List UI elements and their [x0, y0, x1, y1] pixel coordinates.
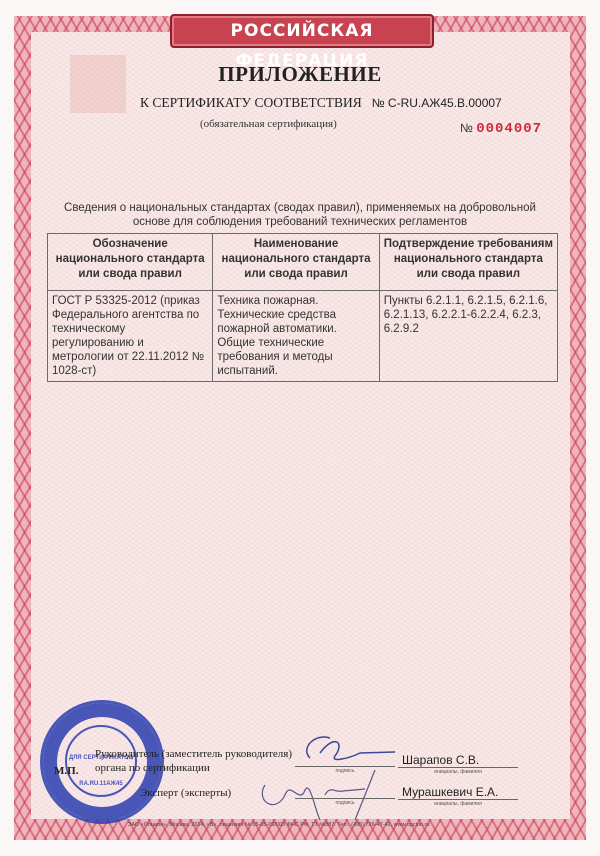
head-name-line	[398, 767, 518, 768]
certificate-number: № C-RU.АЖ45.В.00007	[372, 96, 502, 110]
cell-name: Техника пожарная. Технические средства п…	[213, 291, 379, 382]
standards-table: Обозначение национального стандарта или …	[47, 233, 558, 382]
expert-signature	[255, 765, 395, 825]
head-signature-hint: подпись	[295, 768, 395, 774]
certificate-subtitle: К СЕРТИФИКАТУ СООТВЕТСТВИЯ№ C-RU.АЖ45.В.…	[140, 95, 502, 111]
cell-designation: ГОСТ Р 53325-2012 (приказ Федерального а…	[48, 291, 213, 382]
head-name-hint: инициалы, фамилия	[398, 769, 518, 775]
subtitle-text: К СЕРТИФИКАТУ СООТВЕТСТВИЯ	[140, 95, 362, 110]
expert-name: Мурашкевич Е.А.	[402, 785, 498, 799]
header-confirmation: Подтверждение требованиям национального …	[379, 234, 557, 291]
table-header-row: Обозначение национального стандарта или …	[48, 234, 558, 291]
head-signature	[290, 728, 400, 768]
stamp-code: RA.RU.11АЖ45	[61, 781, 141, 787]
header-name: Наименование национального стандарта или…	[213, 234, 379, 291]
intro-text: Сведения о национальных стандартах (свод…	[60, 201, 540, 229]
serial-number: № 0004007	[460, 121, 542, 137]
seal-label: М.П.	[54, 765, 78, 777]
serial-prefix: №	[460, 121, 473, 135]
head-name: Шарапов С.В.	[402, 753, 479, 767]
expert-signature-line	[295, 798, 395, 799]
expert-label: Эксперт (эксперты)	[140, 787, 231, 799]
serial-value: 0004007	[476, 121, 542, 137]
country-banner: РОССИЙСКАЯ ФЕДЕРАЦИЯ	[170, 14, 434, 48]
printer-footer: ЗАО «Опцион», Москва, 2014, «В», лицензи…	[128, 822, 429, 828]
head-signature-line	[295, 766, 395, 767]
cell-confirmation: Пункты 6.2.1.1, 6.2.1.5, 6.2.1.6, 6.2.1.…	[379, 291, 557, 382]
expert-name-line	[398, 799, 518, 800]
mandatory-note: (обязательная сертификация)	[200, 118, 337, 130]
header-designation: Обозначение национального стандарта или …	[48, 234, 213, 291]
expert-name-hint: инициалы, фамилия	[398, 801, 518, 807]
expert-signature-hint: подпись	[295, 800, 395, 806]
page-title: ПРИЛОЖЕНИЕ	[0, 62, 600, 87]
table-row: ГОСТ Р 53325-2012 (приказ Федерального а…	[48, 291, 558, 382]
